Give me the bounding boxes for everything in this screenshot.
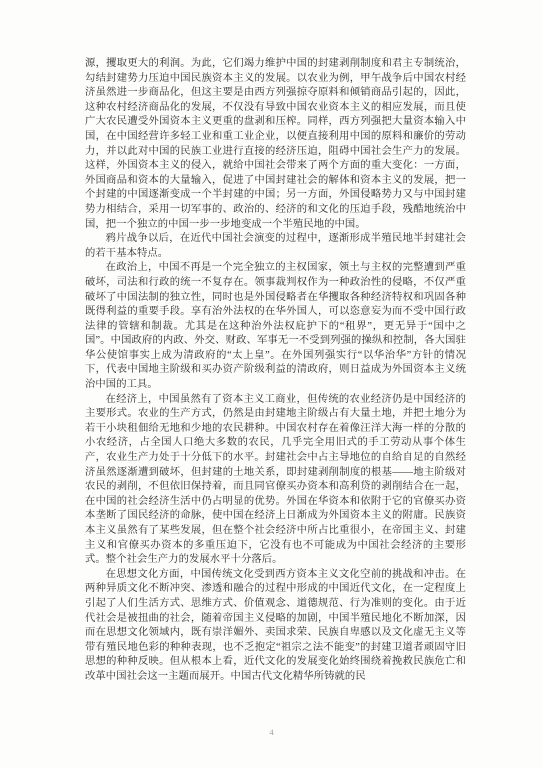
paragraph-economy: 在经济上，中国虽然有了资本主义工商业，但传统的农业经济仍是中国经济的主要形式。农… (85, 393, 466, 568)
paragraph-ideology-culture: 在思想文化方面，中国传统文化受到西方资本主义文化空前的挑战和冲击。在两种异质文化… (85, 568, 466, 685)
document-page: 源，攫取更大的利润。为此，它们竭力维护中国的封建剥削制度和君主专制统治，勾结封建… (0, 0, 543, 768)
paragraph-opium-war-intro: 鸦片战争以后，在近代中国社会演变的过程中，逐渐形成半殖民地半封建社会的若干基本特… (85, 232, 466, 261)
body-text: 源，攫取更大的利润。为此，它们竭力维护中国的封建剥削制度和君主专制统治，勾结封建… (85, 57, 466, 685)
page-number: 4 (0, 728, 543, 737)
paragraph-continuation: 源，攫取更大的利润。为此，它们竭力维护中国的封建剥削制度和君主专制统治，勾结封建… (85, 57, 466, 232)
paragraph-politics: 在政治上，中国不再是一个完全独立的主权国家，领土与主权的完整遭到严重破坏，司法和… (85, 261, 466, 392)
